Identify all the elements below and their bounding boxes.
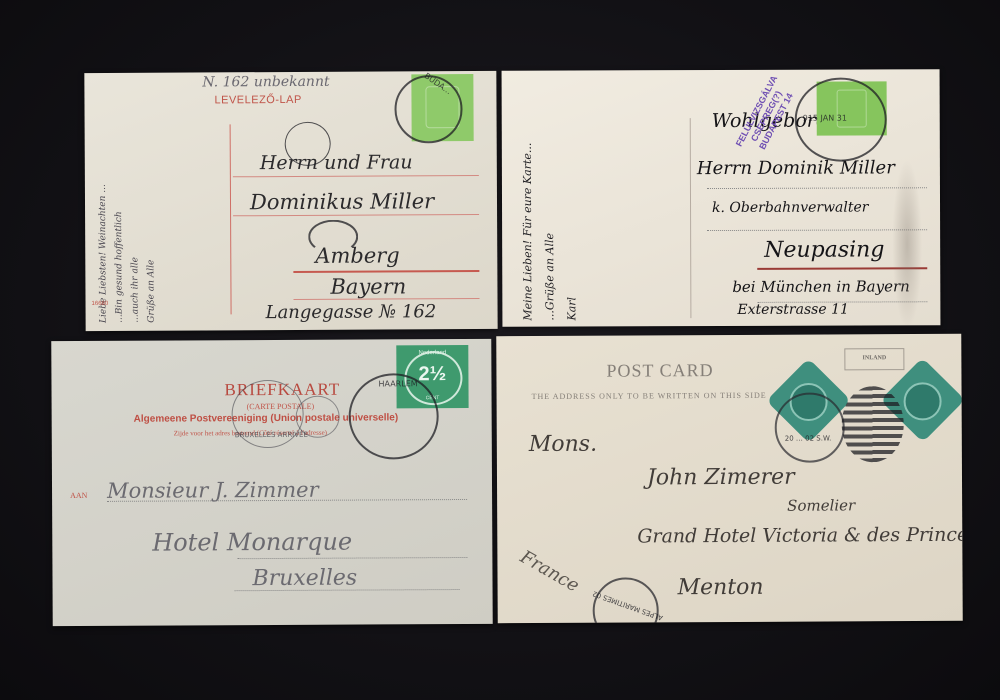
address-line-6: Exterstrasse 11: [737, 302, 849, 318]
handwritten-message: Meine Lieben! Für eure Karte... ...Grüße…: [517, 142, 584, 320]
divider-line: [690, 118, 692, 318]
address-line-5: Menton: [678, 575, 764, 600]
postcard-hungarian-censored: Meine Lieben! Für eure Karte... ...Grüße…: [502, 69, 941, 327]
address-line-1: Mons.: [529, 432, 597, 457]
duplex-cancel: [842, 386, 904, 462]
postmark-london-sw: 20 … 02 S.W.: [775, 392, 845, 462]
address-line-1: Herrn und Frau: [260, 151, 413, 174]
address-line-3: Bruxelles: [252, 566, 357, 592]
postmark-budapest: BUDA…: [394, 75, 462, 143]
postmark-budapest: 915 JAN 31: [795, 77, 887, 161]
address-line-2: Dominikus Miller: [250, 189, 434, 214]
printer-mark: 16680: [92, 301, 109, 307]
postcard-great-britain: POST CARD THE ADDRESS ONLY TO BE WRITTEN…: [496, 334, 962, 623]
address-line: [237, 557, 467, 559]
address-line-4: Bayern: [330, 274, 406, 298]
address-line-4: Grand Hotel Victoria & des Princes: [637, 524, 963, 548]
address-line: [293, 270, 479, 273]
address-line: [233, 214, 479, 216]
postcard-hungarian: LEVELEZŐ-LAP N. 162 unbekannt Liebe Lieb…: [84, 71, 497, 331]
aan-label: AAN: [70, 491, 87, 500]
address-line-2: Hotel Monarque: [152, 528, 352, 557]
address-line-1: Monsieur J. Zimmer: [107, 478, 319, 503]
address-line-3: k. Oberbahnverwalter: [712, 199, 869, 216]
postcard-netherlands: BRIEFKAART (CARTE POSTALE) Algemeene Pos…: [51, 339, 492, 626]
divider-line: [230, 124, 232, 314]
stain: [892, 159, 923, 326]
address-line: [233, 175, 479, 177]
instruction-line: THE ADDRESS ONLY TO BE WRITTEN ON THIS S…: [532, 391, 767, 401]
routing-france: France: [516, 546, 582, 596]
address-line-4: Neupasing: [764, 237, 884, 262]
postmark-arrival: [285, 122, 331, 166]
inland-box: INLAND: [844, 348, 904, 370]
card-header: LEVELEZŐ-LAP: [214, 94, 301, 106]
postmark-haarlem: HAARLEM: [348, 373, 438, 459]
postmark-alpes-maritimes: ALPES MARITIMES 02: [593, 577, 659, 623]
address-line-5: bei München in Bayern: [732, 277, 910, 296]
pencil-note: N. 162 unbekannt: [202, 74, 329, 91]
postmark-small: [308, 220, 358, 254]
card-header: POST CARD: [606, 360, 713, 382]
address-line-2: John Zimerer: [647, 465, 795, 491]
postmark-ring: [296, 396, 340, 438]
postmark-bruxelles-arrivee: BRUXELLES ARRIVÉE: [231, 380, 303, 448]
address-line-5: Langegasse № 162: [266, 301, 437, 323]
address-line-3: Somelier: [787, 496, 855, 514]
